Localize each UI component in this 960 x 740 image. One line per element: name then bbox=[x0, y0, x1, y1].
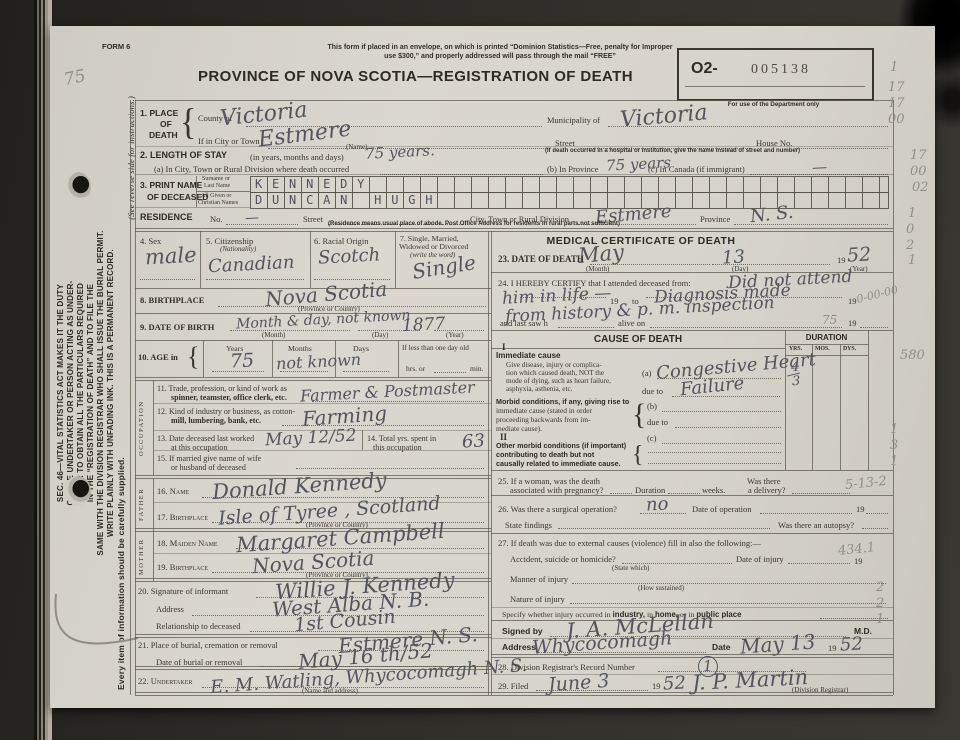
rule bbox=[491, 654, 893, 655]
dotted-line bbox=[668, 492, 700, 494]
pencil-note-75: 75 bbox=[62, 66, 87, 90]
dotted-line bbox=[280, 370, 328, 372]
duration-header: DURATION bbox=[785, 333, 868, 342]
dotted-line bbox=[640, 512, 686, 514]
s23-year-value: 52 bbox=[846, 243, 871, 266]
rule bbox=[135, 146, 893, 147]
pencil-note: 434.1 bbox=[837, 540, 876, 559]
brace: { bbox=[180, 102, 196, 144]
cause-other3: causally related to immediate cause. bbox=[496, 459, 621, 468]
s25-line2: associated with pregnancy? bbox=[510, 485, 603, 495]
pencil-tally: 0 bbox=[906, 222, 914, 237]
serial-number-box: O2- 005138 bbox=[677, 48, 874, 101]
s23-month-value: May bbox=[577, 240, 625, 268]
pencil-tally: 00 bbox=[888, 112, 905, 127]
pencil-tally: 3 bbox=[890, 438, 898, 453]
s15-line1: 15. If married give name of wife bbox=[157, 454, 261, 463]
pencil-tally: 2 bbox=[876, 580, 884, 595]
cause-imm3: mode of dying, such as heart failure, bbox=[506, 377, 611, 385]
s27-date-injury: Date of injury bbox=[736, 554, 784, 564]
cause-other1: Other morbid conditions (if important) bbox=[496, 441, 626, 450]
s9-label: 9. DATE OF BIRTH bbox=[140, 322, 214, 332]
rule bbox=[153, 380, 154, 475]
s12-line2: mill, lumbering, bank, etc. bbox=[171, 416, 261, 425]
s10-min: min. bbox=[470, 364, 484, 373]
dotted-line bbox=[866, 512, 888, 514]
rule bbox=[398, 340, 399, 377]
s20-relationship-label: Relationship to deceased bbox=[156, 621, 241, 631]
hospital-note: (If death occurred in a hospital or inst… bbox=[545, 148, 800, 154]
residence-no-label: No. bbox=[210, 214, 223, 224]
s19-label: 19. Birthplace bbox=[157, 562, 208, 572]
s2b-label: (b) In Province bbox=[547, 164, 598, 174]
municipality-label: Municipality of bbox=[547, 115, 600, 125]
dotted-line bbox=[570, 602, 886, 604]
s27-label: 27. If death was due to external causes … bbox=[498, 538, 761, 548]
pencil-tally: 17 bbox=[888, 96, 905, 111]
rule bbox=[840, 344, 841, 470]
s27-accident: Accident, suicide or homicide? bbox=[510, 554, 616, 564]
s17-label: 17. Birthplace bbox=[157, 512, 208, 522]
town-label: If in City or Town bbox=[198, 136, 260, 146]
rule bbox=[488, 231, 489, 695]
dotted-line bbox=[650, 326, 842, 328]
rule bbox=[135, 207, 250, 208]
s5-paren: (Nationality) bbox=[220, 245, 256, 253]
cause-a-label: (a) bbox=[642, 368, 651, 378]
s24-last-saw: and last saw h bbox=[500, 318, 548, 328]
residence-street-label: Street bbox=[303, 214, 323, 224]
rule bbox=[272, 340, 273, 377]
rule bbox=[893, 100, 894, 695]
cause-b-label: (b) bbox=[647, 401, 657, 411]
s6-value: Scotch bbox=[317, 244, 380, 268]
dotted-line bbox=[788, 562, 850, 564]
rule bbox=[135, 174, 893, 175]
s2-value: 75 years. bbox=[365, 141, 436, 163]
dotted-line bbox=[675, 426, 781, 428]
rule bbox=[310, 231, 311, 288]
surname-sub2: Last Name bbox=[204, 183, 230, 189]
s22-label: 22. Undertaker bbox=[138, 676, 192, 686]
form-number: FORM 6 bbox=[102, 42, 130, 51]
s27-how-sustained: (How sustained) bbox=[638, 584, 684, 592]
dotted-line bbox=[520, 296, 606, 298]
dotted-line bbox=[572, 582, 886, 584]
dotted-line bbox=[648, 462, 781, 464]
dotted-line bbox=[558, 326, 614, 328]
s26-label: 26. Was there a surgical operation? bbox=[498, 504, 617, 514]
rule bbox=[491, 470, 893, 471]
s24-alive: alive on bbox=[618, 318, 645, 328]
s29-label: 29. Filed bbox=[498, 681, 528, 691]
occupation-group-label: OCCUPATION bbox=[138, 384, 145, 472]
s9-month-sub: (Month) bbox=[262, 331, 285, 339]
residence-note: (Residence means usual place of abode. P… bbox=[328, 221, 620, 227]
residence-label: RESIDENCE bbox=[140, 212, 193, 222]
s16-label: 16. Name bbox=[157, 486, 189, 496]
rule bbox=[135, 377, 491, 378]
sign-year-value: 52 bbox=[839, 633, 863, 655]
rule bbox=[135, 692, 893, 693]
s23-yr: 19 bbox=[837, 255, 846, 265]
s2c-label: (c) In Canada (if immigrant) bbox=[648, 164, 745, 174]
s25-delivery: a delivery? bbox=[748, 485, 786, 495]
s11-line2: spinner, teamster, office clerk, etc. bbox=[171, 393, 287, 402]
dotted-line bbox=[343, 370, 389, 372]
duration-dys: DYS. bbox=[843, 346, 856, 352]
dotted-line bbox=[760, 512, 852, 514]
pencil-tally: 00 bbox=[910, 164, 927, 179]
pencil-note: 5-13-2 bbox=[844, 474, 887, 493]
s26-yr: 19 bbox=[856, 504, 865, 514]
s2a-label: (a) In City, Town or Rural Division wher… bbox=[154, 164, 349, 174]
rule bbox=[135, 340, 491, 341]
cause-due-a: due to bbox=[642, 386, 663, 396]
dotted-line bbox=[296, 467, 484, 469]
pencil-note: 75 bbox=[822, 313, 837, 327]
given-sub1: All Given or bbox=[201, 193, 231, 199]
s22-sub: (Name and address) bbox=[302, 687, 358, 695]
mother-group-label: MOTHER bbox=[138, 534, 145, 579]
rule bbox=[491, 231, 492, 695]
s20-address-label: Address bbox=[156, 604, 184, 614]
s29-yr: 19 bbox=[652, 681, 661, 691]
s10-label: 10. AGE in bbox=[138, 352, 178, 362]
rule bbox=[491, 348, 785, 349]
rule bbox=[491, 533, 893, 534]
dotted-line bbox=[610, 492, 632, 494]
cause-immediate: Immediate cause bbox=[496, 351, 560, 360]
s5-value: Canadian bbox=[208, 252, 295, 277]
s12-line1: 12. Kind of industry or business, as cot… bbox=[157, 407, 295, 416]
serial-number: 005138 bbox=[751, 62, 811, 78]
cause-c-label: (c) bbox=[647, 433, 656, 443]
given-name-value: DUNCAN HUGH bbox=[255, 193, 442, 207]
death-registration-form: SEC. 46—VITAL STATISTICS ACT MAKES IT TH… bbox=[50, 26, 935, 708]
s1-label2: OF bbox=[160, 119, 172, 129]
s8-label: 8. BIRTHPLACE bbox=[140, 295, 204, 305]
dotted-line bbox=[212, 370, 264, 372]
rule bbox=[135, 100, 136, 695]
s27-nature: Nature of injury bbox=[510, 594, 565, 604]
signed-by-label: Signed by bbox=[502, 626, 543, 636]
dotted-line bbox=[558, 527, 770, 529]
cause-morbid2: immediate cause (stated in order bbox=[496, 406, 592, 415]
cause-imm4: asphyxia, asthenia, etc. bbox=[506, 385, 572, 393]
s7-label2: Widowed or Divorced bbox=[399, 242, 468, 251]
pencil-note: 580 bbox=[900, 348, 925, 363]
s9-year-sub: (Year) bbox=[446, 331, 464, 339]
s9-year-value: 1877 bbox=[402, 314, 446, 336]
surname-sub1: Surname or bbox=[202, 176, 230, 182]
dotted-line bbox=[662, 442, 781, 444]
rule bbox=[362, 430, 363, 450]
dotted-line bbox=[206, 278, 304, 280]
rule bbox=[153, 531, 154, 581]
rule bbox=[135, 231, 893, 232]
s26-autopsy: Was there an autopsy? bbox=[778, 520, 854, 530]
rule bbox=[868, 330, 869, 470]
pencil-tally: 1 bbox=[890, 422, 898, 437]
s9-day-sub: (Day) bbox=[372, 331, 388, 339]
pencil-tally: 02 bbox=[912, 180, 929, 195]
duration-mos: MOS. bbox=[815, 346, 830, 352]
s14-line1: 14. Total yrs. spent in bbox=[367, 434, 436, 443]
municipality-value: Victoria bbox=[619, 100, 708, 133]
dotted-line bbox=[862, 527, 888, 529]
pencil-tally: 1 bbox=[908, 206, 916, 221]
s11-line1: 11. Trade, profession, or kind of work a… bbox=[157, 384, 287, 393]
pencil-tally: 1 bbox=[908, 253, 916, 268]
rule bbox=[200, 231, 201, 288]
brace: { bbox=[187, 342, 199, 372]
cause-other2: contributing to death but not bbox=[496, 450, 594, 459]
cause-imm2: tion which caused death, NOT the bbox=[506, 369, 604, 377]
s13-line1: 13. Date deceased last worked bbox=[157, 434, 254, 443]
rule bbox=[196, 191, 250, 192]
serial-prefix: O2- bbox=[691, 60, 718, 78]
rule bbox=[135, 100, 893, 101]
brace: { bbox=[632, 442, 644, 469]
brace: { bbox=[632, 398, 646, 432]
s10-less-h: If less than one day old bbox=[402, 344, 469, 352]
pencil-tally: 17 bbox=[910, 148, 927, 163]
s2-label: 2. LENGTH OF STAY bbox=[140, 150, 227, 160]
s1-label1: 1. PLACE bbox=[140, 108, 178, 118]
s26-date-label: Date of operation bbox=[692, 504, 751, 514]
dotted-line bbox=[230, 329, 350, 331]
residence-province-label: Province bbox=[700, 214, 730, 224]
s24-yr3: 19 bbox=[848, 318, 857, 328]
dotted-line bbox=[140, 278, 195, 280]
dotted-line bbox=[860, 326, 888, 328]
cause-due-b: due to bbox=[647, 417, 668, 427]
rule bbox=[153, 478, 154, 531]
rule bbox=[785, 344, 868, 345]
dotted-line bbox=[434, 371, 466, 373]
rule bbox=[395, 231, 396, 288]
pencil-tally: 1 bbox=[876, 612, 884, 627]
cause-morbid3: proceeding backwards from im- bbox=[496, 415, 591, 424]
rule bbox=[491, 657, 893, 658]
duration-a-denominator: 3 bbox=[792, 374, 801, 389]
pencil-tally: 17 bbox=[888, 80, 905, 95]
s2-paren: (in years, months and days) bbox=[250, 152, 344, 162]
punch-hole bbox=[64, 172, 91, 202]
s27-state-which: (State which) bbox=[612, 564, 650, 572]
rule bbox=[135, 228, 893, 229]
s10-hrs: hrs. or bbox=[406, 364, 425, 373]
rule bbox=[130, 100, 131, 695]
s20-label: 20. Signature of informant bbox=[138, 586, 228, 596]
s18-label: 18. Maiden Name bbox=[157, 538, 218, 548]
pencil-tally: 2 bbox=[876, 596, 884, 611]
rule bbox=[153, 450, 491, 451]
s1-label3: DEATH bbox=[149, 130, 178, 140]
surname-value: KENNEDY bbox=[255, 177, 374, 191]
s3-label1: 3. PRINT NAME bbox=[140, 180, 202, 190]
s26-findings: State findings bbox=[505, 520, 552, 530]
rule bbox=[153, 403, 491, 404]
s13-value: May 12/52 bbox=[265, 426, 357, 451]
dotted-line bbox=[648, 451, 781, 453]
rule bbox=[491, 495, 893, 496]
cause-title: CAUSE OF DEATH bbox=[491, 334, 785, 345]
father-group-label: FATHER bbox=[138, 481, 145, 528]
residence-no-value: — bbox=[245, 210, 260, 227]
sign-yr: 19 bbox=[828, 643, 837, 653]
s27-yr: 19 bbox=[854, 556, 863, 566]
s15-line2: or husband of deceased bbox=[171, 463, 246, 472]
s4-value: male bbox=[144, 243, 197, 270]
given-sub2: Christian Names bbox=[198, 200, 238, 206]
form-title: PROVINCE OF NOVA SCOTIA—REGISTRATION OF … bbox=[158, 68, 673, 85]
rule bbox=[491, 607, 893, 608]
cause-morbid1: Morbid conditions, if any, giving rise t… bbox=[496, 397, 629, 406]
dotted-line bbox=[226, 223, 298, 225]
dotted-line bbox=[662, 410, 781, 412]
rule bbox=[135, 695, 893, 696]
s28-label: 28. Division Registrar's Record Number bbox=[498, 662, 635, 672]
rule bbox=[491, 330, 893, 331]
medical-certificate-title: MEDICAL CERTIFICATE OF DEATH bbox=[491, 235, 791, 247]
rule bbox=[203, 340, 204, 377]
punch-hole bbox=[64, 476, 91, 506]
dotted-line bbox=[795, 147, 888, 149]
pencil-tally: 1 bbox=[890, 454, 898, 469]
s21-label: 21. Place of burial, cremation or remova… bbox=[138, 640, 278, 650]
s25-weeks: weeks. bbox=[702, 485, 725, 495]
pencil-tally: 2 bbox=[906, 238, 914, 253]
pencil-tally: 1 bbox=[890, 60, 898, 75]
dotted-line bbox=[792, 492, 850, 494]
s23-label: 23. DATE OF DEATH bbox=[498, 254, 584, 264]
cause-imm1: Give disease, injury or complica- bbox=[506, 361, 602, 369]
s27-manner: Manner of injury bbox=[510, 574, 568, 584]
scanned-death-registration: { "page": { "form_no": "FORM 6", "mail_n… bbox=[0, 0, 960, 740]
sign-date-label: Date bbox=[712, 642, 730, 652]
